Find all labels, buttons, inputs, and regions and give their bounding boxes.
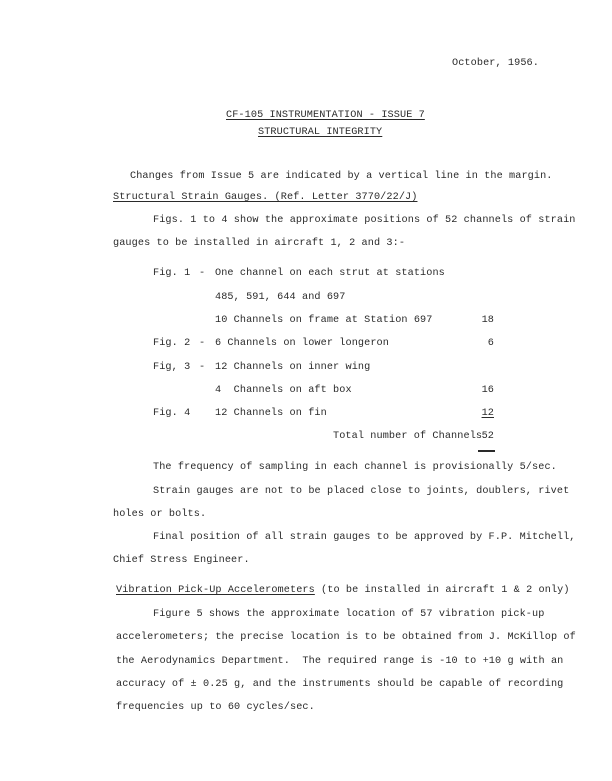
dash: - <box>199 268 205 280</box>
heading-note: (to be installed in aircraft 1 & 2 only) <box>315 585 570 596</box>
fig-label: Fig, 3 <box>153 362 190 374</box>
document-subtitle: STRUCTURAL INTEGRITY <box>258 127 382 139</box>
row-description: 6 Channels on lower longeron <box>215 338 389 350</box>
paragraph-line: accelerometers; the precise location is … <box>116 632 576 644</box>
row-count: 6 <box>460 338 494 350</box>
paragraph-line: Final position of all strain gauges to b… <box>153 532 576 544</box>
paragraph-line: The frequency of sampling in each channe… <box>153 462 557 474</box>
double-underline-rule <box>478 450 495 452</box>
paragraph-line: gauges to be installed in aircraft 1, 2 … <box>113 238 405 250</box>
row-description: 10 Channels on frame at Station 697 <box>215 315 432 327</box>
row-count: 16 <box>460 385 494 397</box>
dash: - <box>199 338 205 350</box>
document-date: October, 1956. <box>452 58 539 70</box>
paragraph-line: holes or bolts. <box>113 509 206 521</box>
paragraph-line: Strain gauges are not to be placed close… <box>153 486 569 498</box>
fig-label: Fig. 1 <box>153 268 190 280</box>
paragraph-line: Figs. 1 to 4 show the approximate positi… <box>153 215 576 227</box>
row-description: 485, 591, 644 and 697 <box>215 292 345 304</box>
total-value: 52 <box>460 431 494 443</box>
paragraph-line: Figure 5 shows the approximate location … <box>153 609 544 621</box>
row-description: 12 Channels on inner wing <box>215 362 370 374</box>
fig-label: Fig. 4 <box>153 408 190 420</box>
section-heading-strain-gauges: Structural Strain Gauges. (Ref. Letter 3… <box>113 192 417 204</box>
row-count: 12 <box>460 408 494 420</box>
row-description: 12 Channels on fin <box>215 408 327 420</box>
heading-text: Vibration Pick-Up Accelerometers <box>116 585 315 596</box>
row-description: 4 Channels on aft box <box>215 385 352 397</box>
dash: - <box>199 362 205 374</box>
document-title: CF-105 INSTRUMENTATION - ISSUE 7 <box>226 110 425 122</box>
paragraph-line: frequencies up to 60 cycles/sec. <box>116 702 315 714</box>
paragraph-line: Chief Stress Engineer. <box>113 555 250 567</box>
intro-paragraph: Changes from Issue 5 are indicated by a … <box>130 171 553 183</box>
paragraph-line: the Aerodynamics Department. The require… <box>116 656 563 668</box>
paragraph-line: accuracy of ± 0.25 g, and the instrument… <box>116 679 563 691</box>
section-heading-vibration: Vibration Pick-Up Accelerometers (to be … <box>116 585 570 597</box>
fig-label: Fig. 2 <box>153 338 190 350</box>
row-count: 18 <box>460 315 494 327</box>
row-description: One channel on each strut at stations <box>215 268 445 280</box>
